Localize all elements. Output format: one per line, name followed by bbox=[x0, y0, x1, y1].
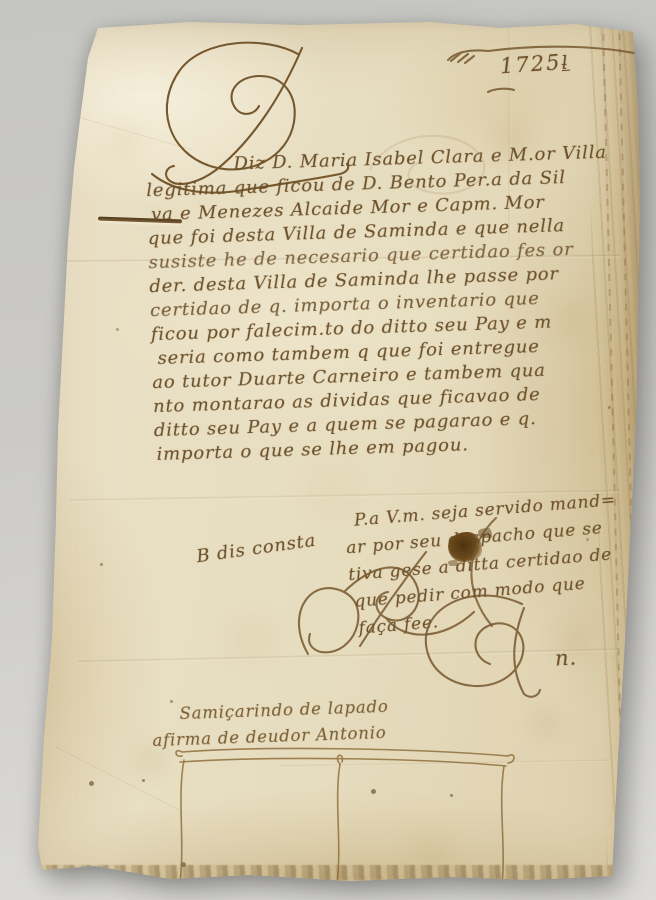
year-text: 1725 bbox=[499, 50, 562, 78]
rubric-label: n. bbox=[554, 645, 577, 670]
page-edge-line bbox=[618, 18, 641, 886]
rubric-flourish bbox=[398, 588, 568, 706]
paper-sheet-wrapper: 1725ƚ Diz D. Maria Isabel Clara e M.or V… bbox=[30, 18, 642, 886]
photograph-of-manuscript: 1725ƚ Diz D. Maria Isabel Clara e M.or V… bbox=[0, 0, 656, 900]
foxing-stains bbox=[30, 18, 32, 20]
paraph-mark: ƚ bbox=[561, 52, 571, 75]
drawn-table bbox=[172, 738, 517, 886]
dirt-specks bbox=[30, 18, 33, 21]
year-annotation: 1725ƚ bbox=[499, 50, 570, 79]
body-text-block: Diz D. Maria Isabel Clara e M.or Villa l… bbox=[145, 141, 610, 467]
corner-crease bbox=[55, 746, 181, 812]
manuscript-paper: 1725ƚ Diz D. Maria Isabel Clara e M.or V… bbox=[30, 18, 642, 886]
